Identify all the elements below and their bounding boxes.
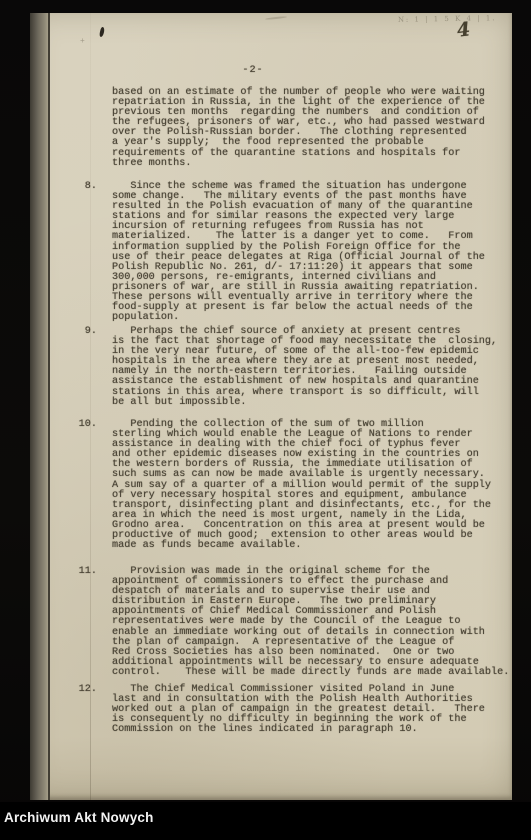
- paragraph-line: three months.: [112, 159, 502, 169]
- paragraph-number: 10.: [73, 420, 97, 430]
- handwritten-mark: 4: [456, 18, 472, 41]
- paragraph: based on an estimate of the number of pe…: [112, 88, 502, 169]
- paragraph-number: 12.: [73, 685, 97, 695]
- document-page: + N: 1 | 1 5 K 4 | 1. 4 -2- based on an …: [30, 13, 512, 800]
- paper-crease: [90, 13, 91, 800]
- page-number: -2-: [223, 65, 283, 76]
- paragraph: 8. Since the scheme was framed the situa…: [112, 182, 502, 323]
- paragraph: 9. Perhaps the chief source of anxiety a…: [112, 327, 502, 408]
- paragraph-line: made as funds became available.: [112, 541, 502, 551]
- paragraph: 11. Provision was made in the original s…: [112, 567, 502, 678]
- paragraph-line: be all but impossible.: [112, 398, 502, 408]
- archive-watermark-label: Archiwum Akt Nowych: [4, 810, 154, 825]
- scanned-document: + N: 1 | 1 5 K 4 | 1. 4 -2- based on an …: [0, 0, 531, 840]
- paragraph: 10. Pending the collection of the sum of…: [112, 420, 502, 551]
- paragraph-line: control. These will be made directly fun…: [112, 668, 502, 678]
- ink-mark: [99, 27, 105, 38]
- paragraph-number: 9.: [73, 327, 97, 337]
- paragraph: 12. The Chief Medical Commissioner visit…: [112, 685, 502, 735]
- plus-pencil-mark: +: [80, 37, 85, 46]
- archive-watermark-bar: Archiwum Akt Nowych: [0, 802, 531, 840]
- paragraph-number: 8.: [73, 182, 97, 192]
- paragraph-number: 11.: [73, 567, 97, 577]
- pencil-smudge: [265, 16, 287, 20]
- page-binding-edge: [30, 13, 50, 800]
- paragraph-line: Commission on the lines indicated in par…: [112, 725, 502, 735]
- pencil-note: N: 1 | 1 5 K 4 | 1.: [398, 14, 497, 24]
- paragraph-line: population.: [112, 313, 502, 323]
